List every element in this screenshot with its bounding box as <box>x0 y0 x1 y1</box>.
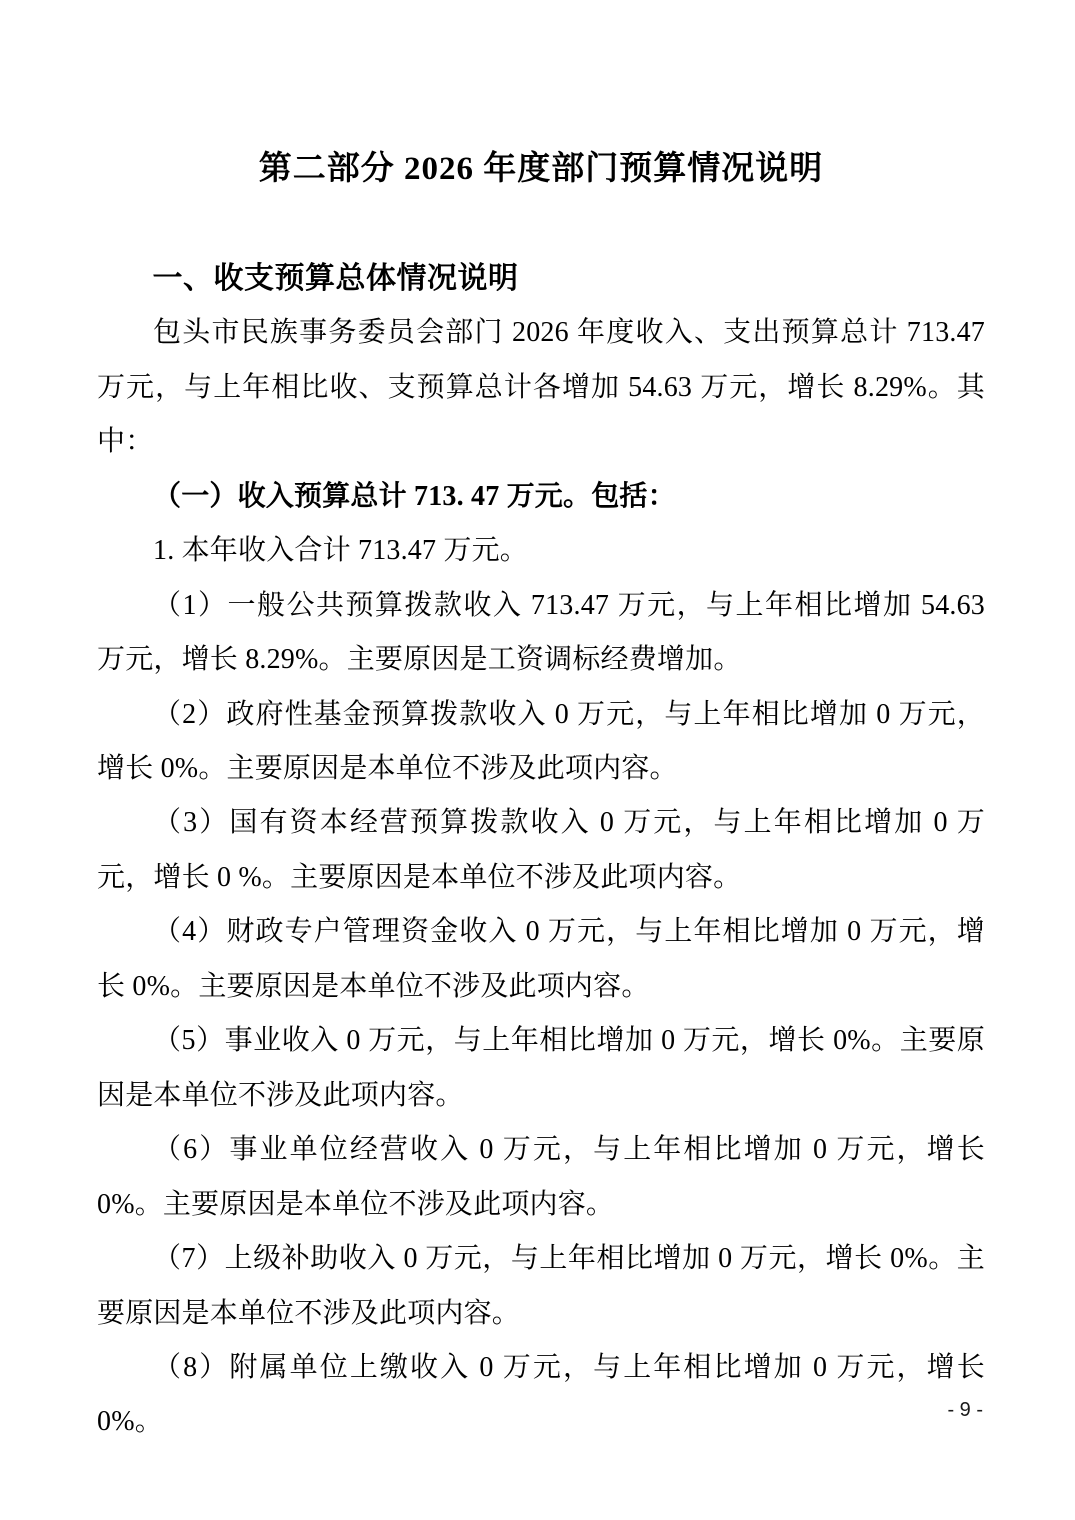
paragraph-item-6-business-unit-operating: （6）事业单位经营收入 0 万元，与上年相比增加 0 万元，增长 0%。主要原因… <box>97 1123 985 1232</box>
paragraph-item-8-affiliated-unit-remittance: （8）附属单位上缴收入 0 万元，与上年相比增加 0 万元，增长 0%。 <box>97 1341 985 1450</box>
paragraph-item-2-government-fund: （2）政府性基金预算拨款收入 0 万元，与上年相比增加 0 万元，增长 0%。主… <box>97 688 985 797</box>
paragraph-item-4-fiscal-special-account: （4）财政专户管理资金收入 0 万元，与上年相比增加 0 万元，增长 0%。主要… <box>97 905 985 1014</box>
document-content: 第二部分 2026 年度部门预算情况说明 一、收支预算总体情况说明 包头市民族事… <box>0 150 1075 1450</box>
paragraph-current-year-income: 1. 本年收入合计 713.47 万元。 <box>97 524 985 578</box>
paragraph-item-1-general-public-budget: （1）一般公共预算拨款收入 713.47 万元，与上年相比增加 54.63 万元… <box>97 579 985 688</box>
paragraph-item-3-state-capital: （3）国有资本经营预算拨款收入 0 万元，与上年相比增加 0 万元，增长 0 %… <box>97 796 985 905</box>
document-title: 第二部分 2026 年度部门预算情况说明 <box>97 150 985 188</box>
section-heading-overview: 一、收支预算总体情况说明 <box>97 252 985 306</box>
paragraph-budget-total: 包头市民族事务委员会部门 2026 年度收入、支出预算总计 713.47 万元，… <box>97 306 985 469</box>
subheading-income-budget-total: （一）收入预算总计 713. 47 万元。包括： <box>97 470 985 524</box>
page-number: - 9 - <box>947 1396 983 1424</box>
paragraph-item-7-superior-subsidy: （7）上级补助收入 0 万元，与上年相比增加 0 万元，增长 0%。主要原因是本… <box>97 1232 985 1341</box>
document-page: 第二部分 2026 年度部门预算情况说明 一、收支预算总体情况说明 包头市民族事… <box>0 0 1075 1520</box>
paragraph-item-5-business-income: （5）事业收入 0 万元，与上年相比增加 0 万元，增长 0%。主要原因是本单位… <box>97 1014 985 1123</box>
